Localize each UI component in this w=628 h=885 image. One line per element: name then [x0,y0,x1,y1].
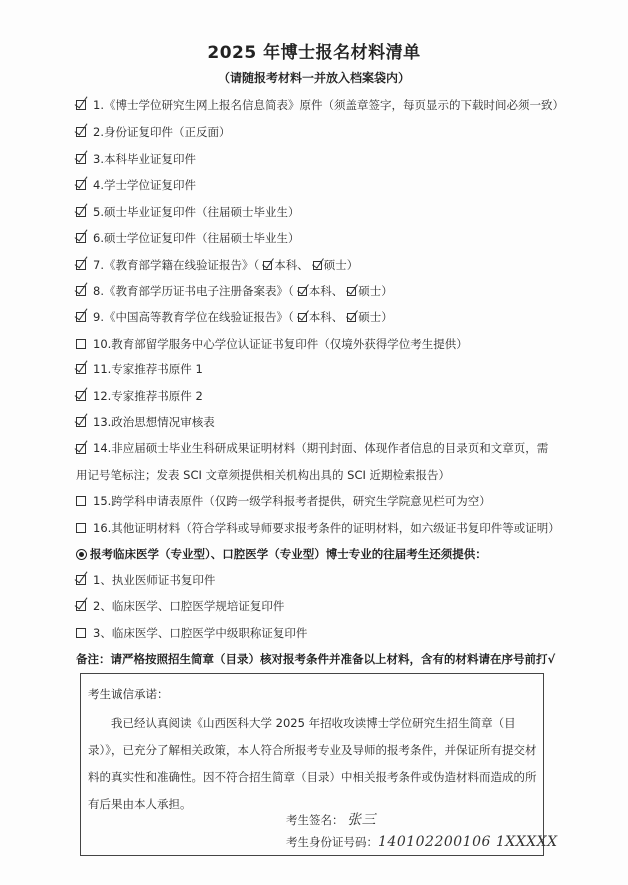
checkbox[interactable] [76,233,86,243]
checkbox[interactable] [76,364,86,374]
checklist-item: 9.《中国高等教育学位在线验证报告》（本科、硕士） [76,308,393,326]
item-text: 3.本科毕业证复印件 [93,151,196,167]
sub-checkbox[interactable] [263,261,272,270]
checkbox[interactable] [76,496,86,506]
checklist-item: 14.非应届硕士毕业生科研成果证明材料（期刊封面、体现作者信息的目录页和文章页，… [76,435,566,489]
checklist-item: 1.《博士学位研究生网上报名信息简表》原件（须盖章签字，每页显示的下载时间必须一… [76,96,564,114]
checklist-item: 4.学士学位证复印件 [76,176,196,194]
clinical-item-text: 2、临床医学、口腔医学规培证复印件 [93,598,284,614]
checkbox[interactable] [76,127,86,137]
sub-checkbox[interactable] [298,287,307,296]
clinical-item: 2、临床医学、口腔医学规培证复印件 [76,597,284,615]
sub-label: 本科、 [274,257,309,273]
sub-label: 硕士） [358,283,393,299]
checklist-item: 10.教育部留学服务中心学位认证证书复印件（仅境外获得学位考生提供） [76,335,468,353]
checklist-item: 6.硕士学位证复印件（往届硕士毕业生） [76,229,299,247]
clinical-item: 1、执业医师证书复印件 [76,571,215,589]
checkbox[interactable] [76,154,86,164]
checklist-item: 11.专家推荐书原件 1 [76,360,203,378]
page-title: 2025 年博士报名材料清单 [0,38,628,63]
sub-checkbox[interactable] [347,287,356,296]
checkbox[interactable] [76,207,86,217]
item-text: 10.教育部留学服务中心学位认证证书复印件（仅境外获得学位考生提供） [93,336,468,352]
checkbox[interactable] [76,523,86,533]
sub-checkbox[interactable] [298,313,307,322]
item-text: 8.《教育部学历证书电子注册备案表》（ [93,283,294,299]
checkbox[interactable] [76,575,86,585]
checkbox[interactable] [76,180,86,190]
item-text: 14.非应届硕士毕业生科研成果证明材料（期刊封面、体现作者信息的目录页和文章页，… [93,435,548,462]
signature-row: 考生签名： 张三 [286,809,376,829]
checkbox[interactable] [76,100,86,110]
item-text: 15.跨学科申请表原件（仅跨一级学科报考者提供，研究生学院意见栏可为空） [93,493,491,509]
page-subtitle: （请随报考材料一并放入档案袋内） [0,69,628,86]
checkbox[interactable] [76,628,86,638]
sub-checkbox[interactable] [347,313,356,322]
checkbox[interactable] [76,339,86,349]
item-text: 13.政治思想情况审核表 [93,414,215,430]
checkbox[interactable] [76,444,86,454]
id-number-row: 考生身份证号码：140102200106 1XXXXX [286,834,558,850]
item-text-continued: 用记号笔标注；发表 SCI 文章须提供相关机构出具的 SCI 近期检索报告） [76,462,566,489]
note: 备注：请严格按照招生简章（目录）核对报考条件并准备以上材料，含有的材料请在序号前… [76,650,555,668]
sub-label: 本科、 [309,283,344,299]
sub-label: 硕士） [358,309,393,325]
checklist-item: 12.专家推荐书原件 2 [76,387,203,405]
clinical-item-text: 3、临床医学、口腔医学中级职称证复印件 [93,625,307,641]
item-text: 12.专家推荐书原件 2 [93,388,203,404]
item-text: 4.学士学位证复印件 [93,177,196,193]
checkbox[interactable] [76,312,86,322]
clinical-heading: 报考临床医学（专业型）、口腔医学（专业型）博士专业的往届考生还须提供： [76,545,487,563]
checkbox[interactable] [76,391,86,401]
checklist-item: 3.本科毕业证复印件 [76,150,196,168]
signature-label: 考生签名： [286,813,344,827]
checklist-item: 15.跨学科申请表原件（仅跨一级学科报考者提供，研究生学院意见栏可为空） [76,492,491,510]
signature-value[interactable]: 张三 [347,812,376,828]
checkbox[interactable] [76,601,86,611]
clinical-item-text: 1、执业医师证书复印件 [93,572,215,588]
checkbox[interactable] [76,417,86,427]
item-text: 2.身份证复印件（正反面） [93,124,230,140]
item-text: 9.《中国高等教育学位在线验证报告》（ [93,309,294,325]
id-number-label: 考生身份证号码： [286,835,378,849]
sub-checkbox[interactable] [313,261,322,270]
checklist-item: 16.其他证明材料（符合学科或导师要求报考条件的证明材料，如六级证书复印件等或证… [76,519,560,537]
clinical-item: 3、临床医学、口腔医学中级职称证复印件 [76,624,307,642]
radio-selected-icon[interactable] [76,549,87,560]
pledge-body: 我已经认真阅读《山西医科大学 2025 年招收攻读博士学位研究生招生简章（目录）… [88,710,538,818]
checklist-item: 7.《教育部学籍在线验证报告》（本科、硕士） [76,256,358,274]
item-text: 11.专家推荐书原件 1 [93,361,203,377]
item-text: 16.其他证明材料（符合学科或导师要求报考条件的证明材料，如六级证书复印件等或证… [93,520,560,536]
id-number-value[interactable]: 140102200106 1XXXXX [378,834,558,850]
item-text: 1.《博士学位研究生网上报名信息简表》原件（须盖章签字，每页显示的下载时间必须一… [93,97,564,113]
item-text: 5.硕士毕业证复印件（往届硕士毕业生） [93,204,299,220]
clinical-heading-text: 报考临床医学（专业型）、口腔医学（专业型）博士专业的往届考生还须提供： [90,546,487,562]
sub-label: 本科、 [309,309,344,325]
integrity-pledge-box: 考生诚信承诺：我已经认真阅读《山西医科大学 2025 年招收攻读博士学位研究生招… [80,673,544,856]
checklist-item: 8.《教育部学历证书电子注册备案表》（本科、硕士） [76,282,393,300]
checkbox[interactable] [76,260,86,270]
checklist-item: 13.政治思想情况审核表 [76,413,215,431]
checklist-item: 5.硕士毕业证复印件（往届硕士毕业生） [76,203,299,221]
checkbox[interactable] [76,286,86,296]
item-text: 6.硕士学位证复印件（往届硕士毕业生） [93,230,299,246]
pledge-title: 考生诚信承诺： [88,686,169,702]
item-text: 7.《教育部学籍在线验证报告》（ [93,257,259,273]
checklist-item: 2.身份证复印件（正反面） [76,123,230,141]
sub-label: 硕士） [324,257,359,273]
